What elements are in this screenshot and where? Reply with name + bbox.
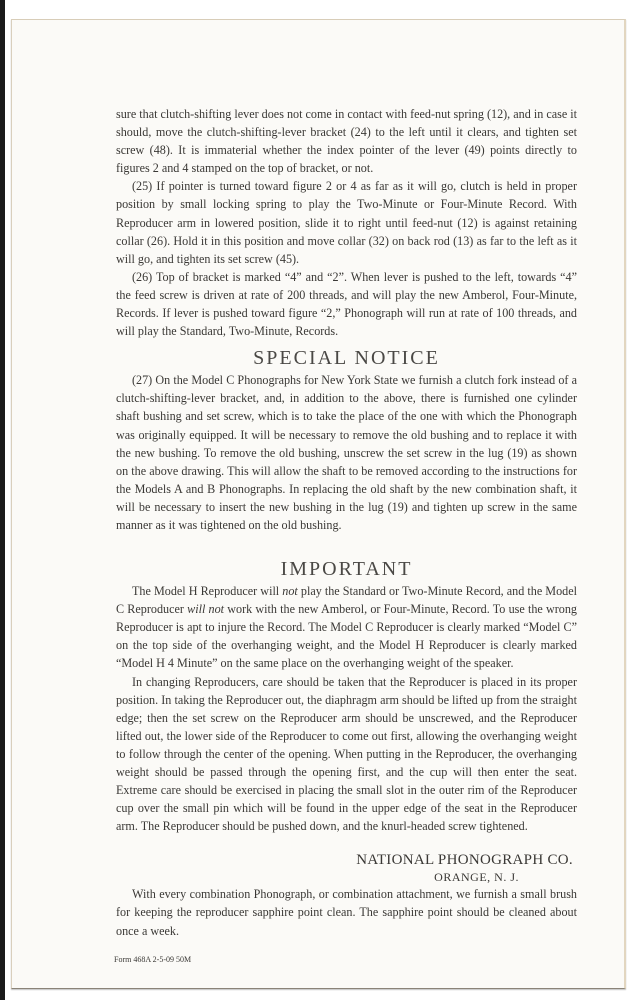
paragraph-reproducer-models: The Model H Reproducer will not play the… (116, 582, 577, 672)
important-heading: IMPORTANT (116, 556, 577, 582)
emphasis-will-not: will not (187, 602, 224, 616)
special-notice-heading: SPECIAL NOTICE (116, 345, 577, 371)
paragraph-26: (26) Top of bracket is marked “4” and “2… (116, 268, 577, 340)
page-content: sure that clutch-shifting lever does not… (116, 105, 577, 966)
text-run: The Model H Reproducer will (132, 584, 282, 598)
form-code: Form 468A 2-5-09 50M (114, 954, 577, 966)
paragraph-changing-reproducers: In changing Reproducers, care should be … (116, 673, 577, 836)
paragraph-27: (27) On the Model C Phonographs for New … (116, 371, 577, 534)
company-city: ORANGE, N. J. (116, 869, 577, 885)
company-name: NATIONAL PHONOGRAPH CO. (116, 851, 577, 869)
paragraph-brush-note: With every combination Phonograph, or co… (116, 885, 577, 939)
emphasis-not: not (282, 584, 298, 598)
paragraph-25: (25) If pointer is turned toward figure … (116, 177, 577, 267)
scan-edge-strip (0, 0, 5, 1000)
paragraph-clutch-lever: sure that clutch-shifting lever does not… (116, 105, 577, 177)
